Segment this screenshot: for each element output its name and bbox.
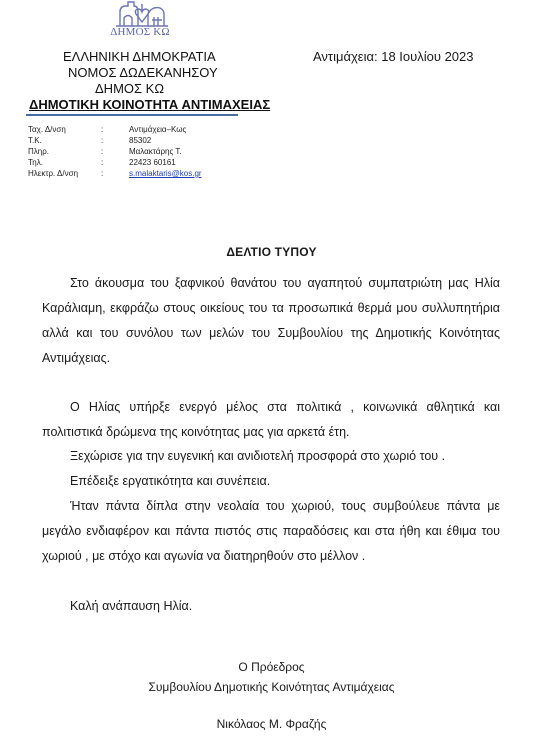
paragraph-diligence: Επέδειξε εργατικότητα και συνέπεια. [42, 469, 500, 494]
paragraph-farewell: Καλή ανάπαυση Ηλία. [42, 594, 500, 619]
contact-row-address: Ταχ. Δ/νση : Αντιμάχεια–Κως [28, 124, 202, 135]
contact-value: 22423 60161 [129, 157, 176, 168]
email-link[interactable]: s.malaktaris@kos.gr [129, 168, 202, 179]
document-title: ΔΕΛΤΙΟ ΤΥΠΟΥ [0, 245, 543, 259]
contact-label: Πληρ. [28, 146, 101, 157]
contact-details: Ταχ. Δ/νση : Αντιμάχεια–Κως Τ.Κ. : 85302… [28, 124, 202, 179]
paragraph-distinguished: Ξεχώρισε για την ευγενική και ανιδιοτελή… [42, 444, 500, 469]
header-community: ΔΗΜΟΤΙΚΗ ΚΟΙΝΟΤΗΤΑ ΑΝΤΙΜΑΧΕΙΑΣ [29, 97, 270, 112]
paragraph-condolences: Στο άκουσμα του ξαφνικού θανάτου του αγα… [42, 271, 500, 371]
header-municipality: ΔΗΜΟΣ ΚΩ [95, 81, 164, 96]
contact-separator: : [101, 146, 129, 157]
municipality-emblem-icon [112, 0, 172, 28]
contact-row-info: Πληρ. : Μαλακτάρης Τ. [28, 146, 202, 157]
logo-text: ΔΗΜΟΣ ΚΩ [100, 26, 180, 38]
contact-row-postal-code: Τ.Κ. : 85302 [28, 135, 202, 146]
contact-label: Ηλεκτρ. Δ/νση [28, 168, 101, 179]
paragraph-active-member: Ο Ηλίας υπήρξε ενεργό μέλος στα πολιτικά… [42, 395, 500, 445]
contact-label: Τ.Κ. [28, 135, 101, 146]
contact-separator: : [101, 168, 129, 179]
signature-name: Νικόλαος Μ. Φραζής [0, 717, 543, 731]
signature-council: Συμβουλίου Δημοτικής Κοινότητας Αντιμάχε… [0, 680, 543, 694]
contact-value: 85302 [129, 135, 151, 146]
contact-separator: : [101, 157, 129, 168]
header-prefecture: ΝΟΜΟΣ ΔΩΔΕΚΑΝΗΣΟΥ [68, 65, 218, 80]
contact-separator: : [101, 135, 129, 146]
contact-label: Ταχ. Δ/νση [28, 124, 101, 135]
document-date: Αντιμάχεια: 18 Ιουλίου 2023 [313, 49, 474, 64]
contact-value: Αντιμάχεια–Κως [129, 124, 186, 135]
contact-separator: : [101, 124, 129, 135]
header-republic: ΕΛΛΗΝΙΚΗ ΔΗΜΟΚΡΑΤΙΑ [63, 49, 216, 64]
contact-value: Μαλακτάρης Τ. [129, 146, 182, 157]
contact-row-phone: Τηλ. : 22423 60161 [28, 157, 202, 168]
contact-row-email: Ηλεκτρ. Δ/νση : s.malaktaris@kos.gr [28, 168, 202, 179]
contact-label: Τηλ. [28, 157, 101, 168]
header-divider [26, 114, 238, 116]
paragraph-youth: Ήταν πάντα δίπλα στην νεολαία του χωριού… [42, 494, 500, 569]
signature-role: Ο Πρόεδρος [0, 660, 543, 674]
